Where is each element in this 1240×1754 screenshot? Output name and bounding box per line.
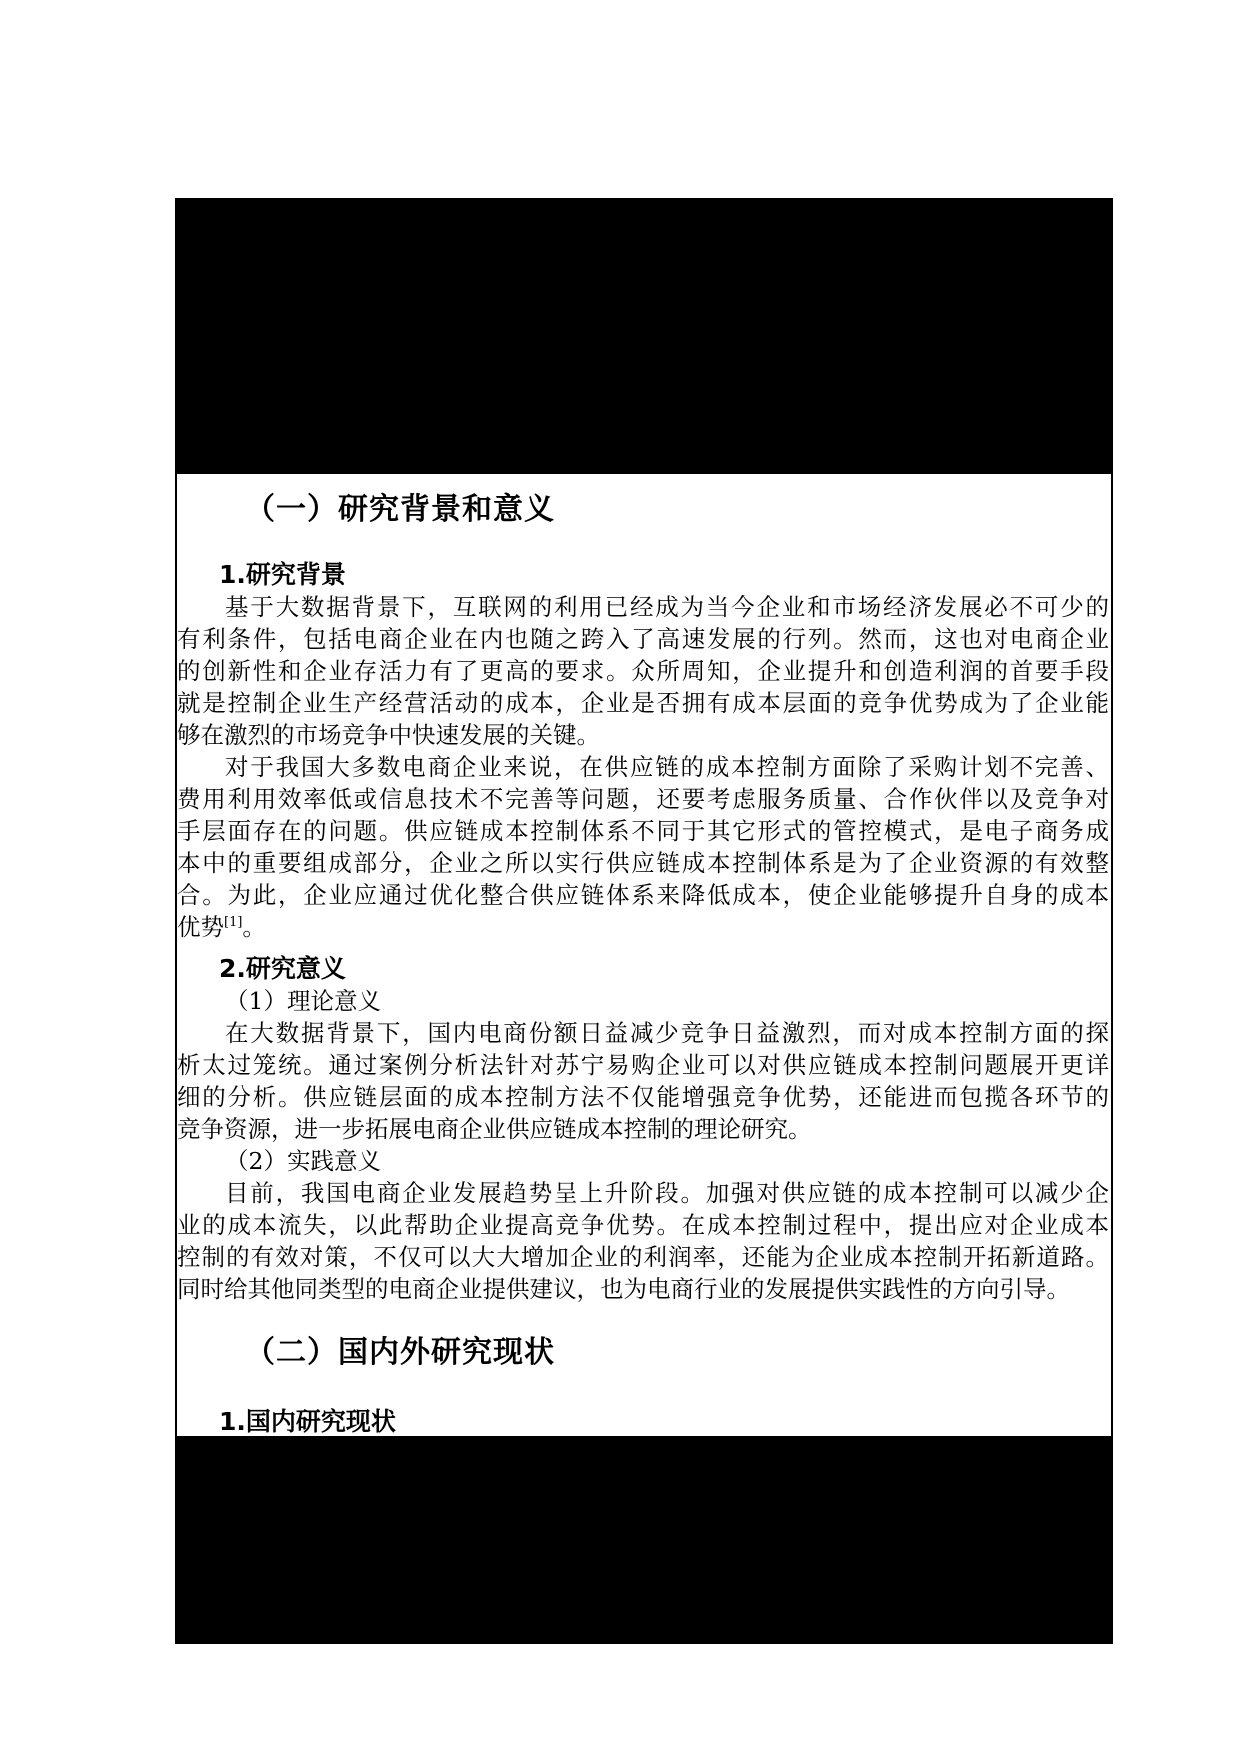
paragraph-theoretical-significance: 在大数据背景下，国内电商份额日益减少竞争日益激烈，而对成本控制方面的探 析太过笼… [177, 1017, 1111, 1145]
paragraph-line: 控制的有效对策，不仅可以大大增加企业的利润率，还能为企业成本控制开拓新道路。 [177, 1241, 1111, 1273]
item-label-theoretical-significance: （1）理论意义 [177, 985, 1111, 1017]
subsection-heading-domestic-research: 1.国内研究现状 [177, 1406, 1111, 1436]
paragraph-line: 竞争资源，进一步拓展电商企业供应链成本控制的理论研究。 [177, 1113, 1111, 1145]
paragraph-line: 目前，我国电商企业发展趋势呈上升阶段。加强对供应链的成本控制可以减少企 [177, 1177, 1111, 1209]
paragraph-practical-significance: 目前，我国电商企业发展趋势呈上升阶段。加强对供应链的成本控制可以减少企 业的成本… [177, 1177, 1111, 1305]
paragraph-line: 就是控制企业生产经营活动的成本，企业是否拥有成本层面的竞争优势成为了企业能 [177, 687, 1111, 719]
paragraph-line: 细的分析。供应链层面的成本控制方法不仅能增强竞争优势，还能进而包揽各环节的 [177, 1081, 1111, 1113]
paragraph-line: 够在激烈的市场竞争中快速发展的关键。 [177, 719, 1111, 751]
paragraph-line: 的创新性和企业存活力有了更高的要求。众所周知，企业提升和创造利润的首要手段 [177, 655, 1111, 687]
redaction-top-block [175, 198, 1113, 474]
paragraph-line: 合。为此，企业应通过优化整合供应链体系来降低成本，使企业能够提升自身的成本 [177, 879, 1111, 911]
paragraph-line: 费用利用效率低或信息技术不完善等问题，还要考虑服务质量、合作伙伴以及竞争对 [177, 783, 1111, 815]
footnote-reference: [1] [224, 915, 242, 930]
document-canvas: （一）研究背景和意义 1.研究背景 基于大数据背景下，互联网的利用已经成为当今企… [0, 0, 1240, 1754]
subsection-heading-research-significance: 2.研究意义 [177, 953, 1111, 985]
paragraph-text: 。 [242, 913, 266, 941]
paragraph-line: 在大数据背景下，国内电商份额日益减少竞争日益激烈，而对成本控制方面的探 [177, 1017, 1111, 1049]
section-heading-2: （二）国内外研究现状 [177, 1333, 1111, 1373]
paragraph-line: 有利条件，包括电商企业在内也随之跨入了高速发展的行列。然而，这也对电商企业 [177, 623, 1111, 655]
redaction-bottom-block [175, 1436, 1113, 1644]
paragraph-line: 业的成本流失，以此帮助企业提高竞争优势。在成本控制过程中，提出应对企业成本 [177, 1209, 1111, 1241]
paragraph-research-background-1: 基于大数据背景下，互联网的利用已经成为当今企业和市场经济发展必不可少的 有利条件… [177, 591, 1111, 751]
paragraph-line: 手层面存在的问题。供应链成本控制体系不同于其它形式的管控模式，是电子商务成 [177, 815, 1111, 847]
paragraph-research-background-2: 对于我国大多数电商企业来说，在供应链的成本控制方面除了采购计划不完善、 费用利用… [177, 751, 1111, 943]
item-label-practical-significance: （2）实践意义 [177, 1145, 1111, 1177]
paragraph-line: 析太过笼统。通过案例分析法针对苏宁易购企业可以对供应链成本控制问题展开更详 [177, 1049, 1111, 1081]
paragraph-text: 优势 [177, 913, 224, 941]
page-text-area: （一）研究背景和意义 1.研究背景 基于大数据背景下，互联网的利用已经成为当今企… [175, 474, 1113, 1436]
document-page: （一）研究背景和意义 1.研究背景 基于大数据背景下，互联网的利用已经成为当今企… [175, 198, 1113, 1644]
paragraph-line: 本中的重要组成部分，企业之所以实行供应链成本控制体系是为了企业资源的有效整 [177, 847, 1111, 879]
subsection-heading-research-background: 1.研究背景 [177, 559, 1111, 591]
paragraph-line: 基于大数据背景下，互联网的利用已经成为当今企业和市场经济发展必不可少的 [177, 591, 1111, 623]
paragraph-line: 对于我国大多数电商企业来说，在供应链的成本控制方面除了采购计划不完善、 [177, 751, 1111, 783]
section-heading-1: （一）研究背景和意义 [177, 490, 1111, 530]
paragraph-line-with-footnote: 优势[1]。 [177, 911, 1111, 943]
paragraph-line: 同时给其他同类型的电商企业提供建议，也为电商行业的发展提供实践性的方向引导。 [177, 1273, 1111, 1305]
